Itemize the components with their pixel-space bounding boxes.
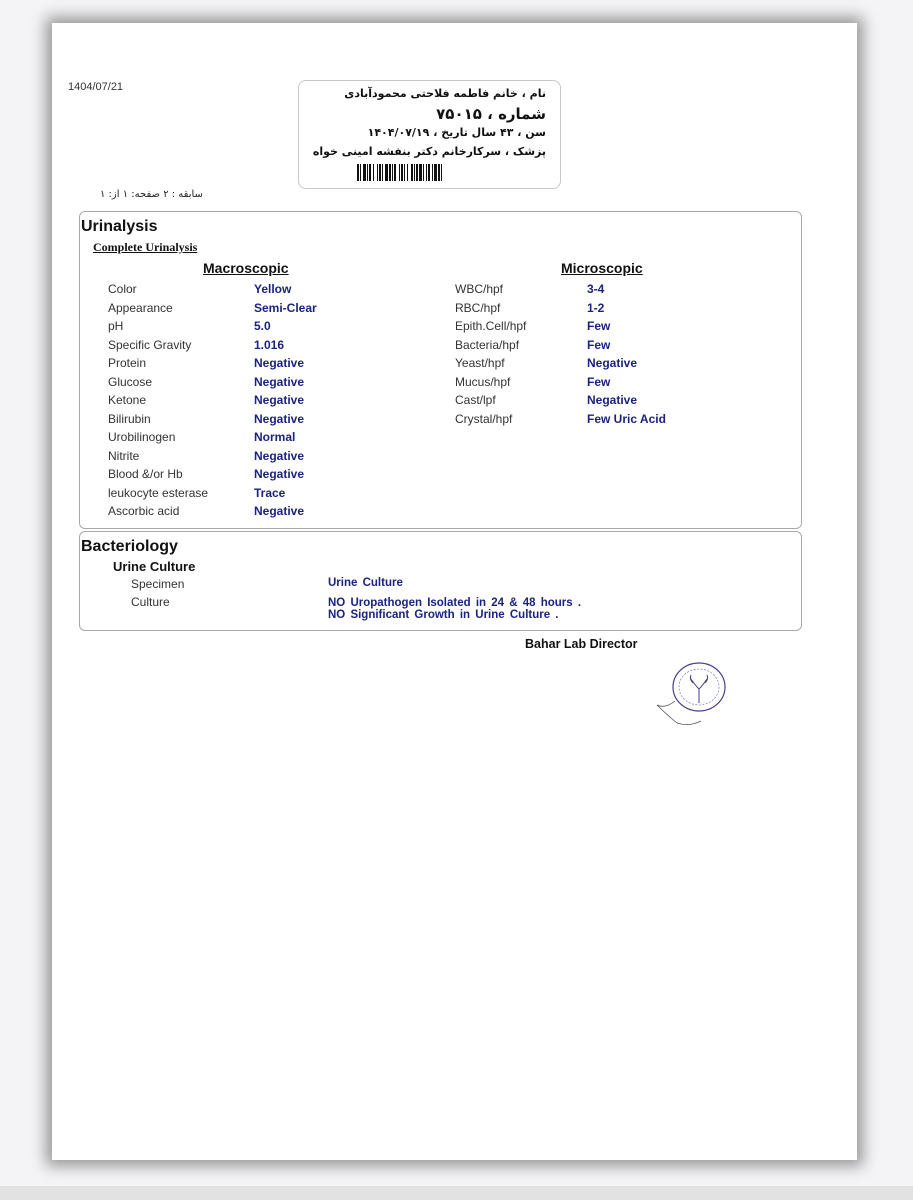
lab-director-signature: Bahar Lab Director bbox=[525, 637, 638, 651]
row-label: Glucose bbox=[108, 375, 152, 389]
row-label: Specific Gravity bbox=[108, 338, 191, 352]
row-label: Epith.Cell/hpf bbox=[455, 319, 526, 333]
row-label: Specimen bbox=[131, 577, 184, 591]
row-value: 1.016 bbox=[254, 338, 284, 352]
row-value: Negative bbox=[587, 393, 637, 407]
row-value: Negative bbox=[254, 375, 304, 389]
row-label: Appearance bbox=[108, 301, 173, 315]
bacteriology-section: Bacteriology Urine Culture Specimen Urin… bbox=[79, 531, 802, 631]
page-info: سابقه : ۲ صفحه: ۱ از: ۱ bbox=[100, 189, 203, 200]
urinalysis-title: Urinalysis bbox=[81, 218, 157, 236]
row-label: Crystal/hpf bbox=[455, 412, 512, 426]
row-value: Trace bbox=[254, 486, 285, 500]
row-label: Nitrite bbox=[108, 449, 139, 463]
row-value: Normal bbox=[254, 430, 295, 444]
report-page: 1404/07/21 نام ، خانم فاطمه فلاحتی محمود… bbox=[52, 23, 857, 1160]
row-value: Negative bbox=[254, 467, 304, 481]
macroscopic-heading: Macroscopic bbox=[203, 260, 289, 276]
row-label: Cast/lpf bbox=[455, 393, 496, 407]
row-value: Few bbox=[587, 319, 610, 333]
row-label: Yeast/hpf bbox=[455, 356, 505, 370]
row-label: leukocyte esterase bbox=[108, 486, 208, 500]
row-label: Ketone bbox=[108, 393, 146, 407]
row-label: Mucus/hpf bbox=[455, 375, 510, 389]
barcode-icon bbox=[357, 164, 489, 181]
microscopic-heading: Microscopic bbox=[561, 260, 643, 276]
row-label: Bacteria/hpf bbox=[455, 338, 519, 352]
row-label: Bilirubin bbox=[108, 412, 151, 426]
row-value: 5.0 bbox=[254, 319, 271, 333]
urine-culture-subtitle: Urine Culture bbox=[113, 559, 195, 574]
row-value: Negative bbox=[254, 504, 304, 518]
row-value: 3-4 bbox=[587, 282, 604, 296]
row-label: Protein bbox=[108, 356, 146, 370]
row-label: Blood &/or Hb bbox=[108, 467, 183, 481]
row-value-line2: NO Significant Growth in Urine Culture . bbox=[328, 609, 559, 621]
row-label: Color bbox=[108, 282, 137, 296]
row-value: Negative bbox=[587, 356, 637, 370]
row-label: Culture bbox=[131, 595, 170, 609]
row-value: Negative bbox=[254, 356, 304, 370]
patient-name: نام ، خانم فاطمه فلاحتی محمودآبادی bbox=[344, 87, 546, 100]
row-value: Few bbox=[587, 375, 610, 389]
lab-stamp-icon bbox=[649, 659, 729, 727]
row-value: Few Uric Acid bbox=[587, 412, 666, 426]
patient-number: شماره ، ۷۵۰۱۵ bbox=[436, 105, 546, 123]
row-value: Negative bbox=[254, 393, 304, 407]
row-label: Urobilinogen bbox=[108, 430, 175, 444]
bacteriology-title: Bacteriology bbox=[81, 538, 178, 556]
row-label: Ascorbic acid bbox=[108, 504, 179, 518]
row-value: Urine Culture bbox=[328, 577, 403, 589]
bottom-strip bbox=[0, 1186, 913, 1200]
complete-urinalysis-subtitle: Complete Urinalysis bbox=[93, 240, 197, 255]
row-value: Negative bbox=[254, 449, 304, 463]
row-label: RBC/hpf bbox=[455, 301, 500, 315]
row-label: pH bbox=[108, 319, 123, 333]
row-value: Negative bbox=[254, 412, 304, 426]
row-value: Semi-Clear bbox=[254, 301, 317, 315]
row-value: NO Uropathogen Isolated in 24 & 48 hours… bbox=[328, 597, 581, 609]
urinalysis-section: Urinalysis Complete Urinalysis Macroscop… bbox=[79, 211, 802, 529]
row-value: Yellow bbox=[254, 282, 291, 296]
patient-doctor: پزشک ، سرکارخانم دکتر بنفشه امینی خواه bbox=[313, 145, 546, 158]
row-value: 1-2 bbox=[587, 301, 604, 315]
row-value: Few bbox=[587, 338, 610, 352]
print-date: 1404/07/21 bbox=[68, 81, 123, 93]
row-label: WBC/hpf bbox=[455, 282, 503, 296]
patient-label: نام ، خانم فاطمه فلاحتی محمودآبادی شماره… bbox=[298, 80, 561, 189]
patient-age-date: سن ، ۴۳ سال تاریخ ، ۱۴۰۴/۰۷/۱۹ bbox=[368, 126, 546, 139]
